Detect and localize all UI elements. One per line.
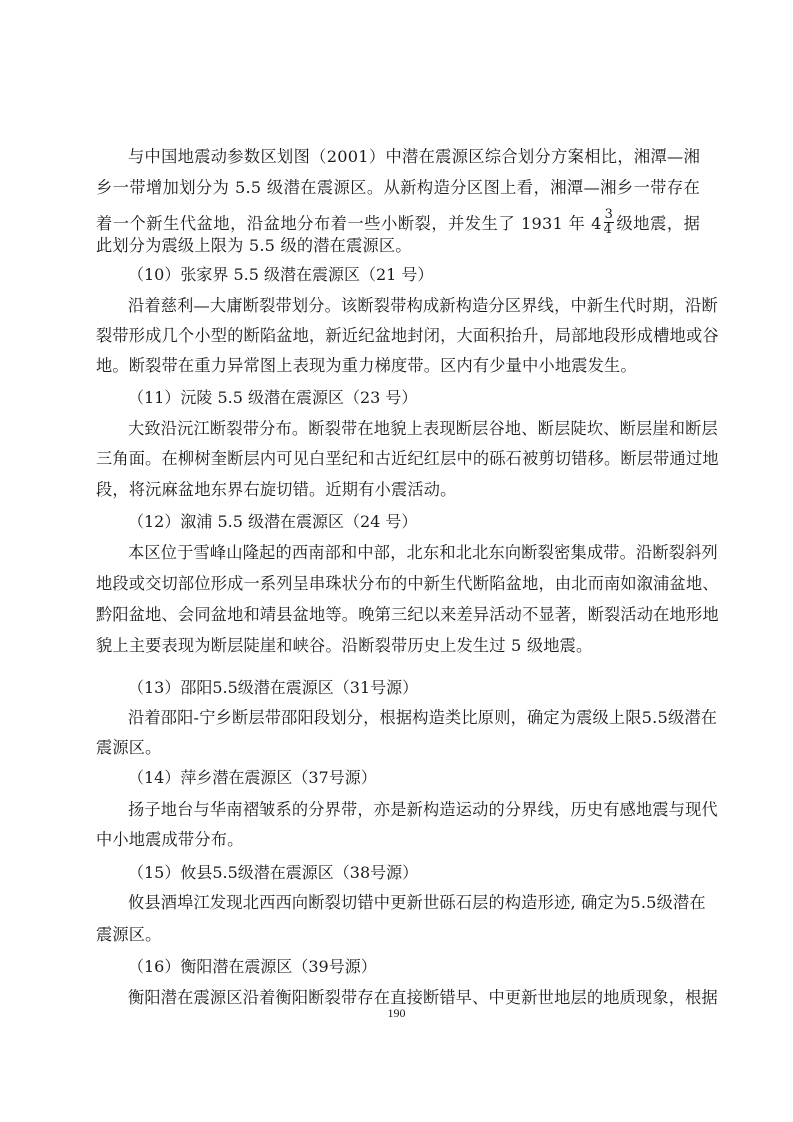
paragraph-line: 三角面。在柳树奎断层内可见白垩纪和古近纪红层中的砾石被剪切错移。断层带通过地 [96,449,700,469]
paragraph-line: 段，将沅麻盆地东界右旋切错。近期有小震活动。 [96,480,700,500]
section-heading: （14）萍乡潜在震源区（37号源） [128,768,377,788]
document-page: 与中国地震动参数区划图（2001）中潜在震源区综合划分方案相比，湘潭—湘 乡一带… [0,0,793,1122]
paragraph-line: 黔阳盆地、会同盆地和靖县盆地等。晚第三纪以来差异活动不显著，断裂活动在地形地 [96,605,700,625]
paragraph-line: 扬子地台与华南褶皱系的分界带，亦是新构造运动的分界线，历史有感地震与现代 [128,800,700,820]
section-heading: （15）攸县5.5级潜在震源区（38号源） [128,863,418,883]
paragraph-line: 沿着慈利—大庸断裂带划分。该断裂带构成新构造分区界线，中新生代时期，沿断 [128,296,700,316]
paragraph-line: 本区位于雪峰山隆起的西南部和中部，北东和北北东向断裂密集成带。沿断裂斜列 [128,543,700,563]
paragraph-line: 攸县酒埠江发现北西西向断裂切错中更新世砾石层的构造形迹, 确定为5.5级潜在 [128,893,700,913]
text-segment: 着一个新生代盆地，沿盆地分布着一些小断裂，并发生了 1931 年 4 [96,214,602,233]
paragraph-line: 衡阳潜在震源区沿着衡阳断裂带存在直接断错早、中更新世地层的地质现象，根据 [128,988,700,1008]
paragraph-line: 与中国地震动参数区划图（2001）中潜在震源区综合划分方案相比，湘潭—湘 [128,147,700,167]
paragraph-line: 中小地震成带分布。 [96,830,700,850]
paragraph-line: 地。断裂带在重力异常图上表现为重力梯度带。区内有少量中小地震发生。 [96,356,700,376]
section-heading: （13）邵阳5.5级潜在震源区（31号源） [128,678,418,698]
paragraph-line-with-fraction: 着一个新生代盆地，沿盆地分布着一些小断裂，并发生了 1931 年 434级地震，… [96,210,700,239]
paragraph-line: 乡一带增加划分为 5.5 级潜在震源区。从新构造分区图上看，湘潭—湘乡一带存在 [96,178,700,198]
paragraph-line: 大致沿沅江断裂带分布。断裂带在地貌上表现断层谷地、断层陡坎、断层崖和断层 [128,419,700,439]
paragraph-line: 貌上主要表现为断层陡崖和峡谷。沿断裂带历史上发生过 5 级地震。 [96,636,700,656]
paragraph-line: 此划分为震级上限为 5.5 级的潜在震源区。 [96,236,700,256]
paragraph-line: 沿着邵阳-宁乡断层带邵阳段划分，根据构造类比原则，确定为震级上限5.5级潜在 [128,708,700,728]
paragraph-line: 震源区。 [96,925,700,945]
paragraph-line: 裂带形成几个小型的断陷盆地，新近纪盆地封闭，大面积抬升，局部地段形成槽地或谷 [96,326,700,346]
fraction: 34 [604,208,614,237]
page-number: 190 [0,1006,793,1021]
section-heading: （12）溆浦 5.5 级潜在震源区（24 号） [128,512,417,532]
fraction-numerator: 3 [604,208,614,223]
section-heading: （16）衡阳潜在震源区（39号源） [128,957,377,977]
paragraph-line: 地段或交切部位形成一系列呈串珠状分布的中新生代断陷盆地，由北而南如溆浦盆地、 [96,574,700,594]
text-segment: 级地震，据 [616,214,700,233]
fraction-denominator: 4 [604,223,614,237]
section-heading: （10）张家界 5.5 级潜在震源区（21 号） [128,265,433,285]
section-heading: （11）沅陵 5.5 级潜在震源区（23 号） [128,388,417,408]
paragraph-line: 震源区。 [96,738,700,758]
